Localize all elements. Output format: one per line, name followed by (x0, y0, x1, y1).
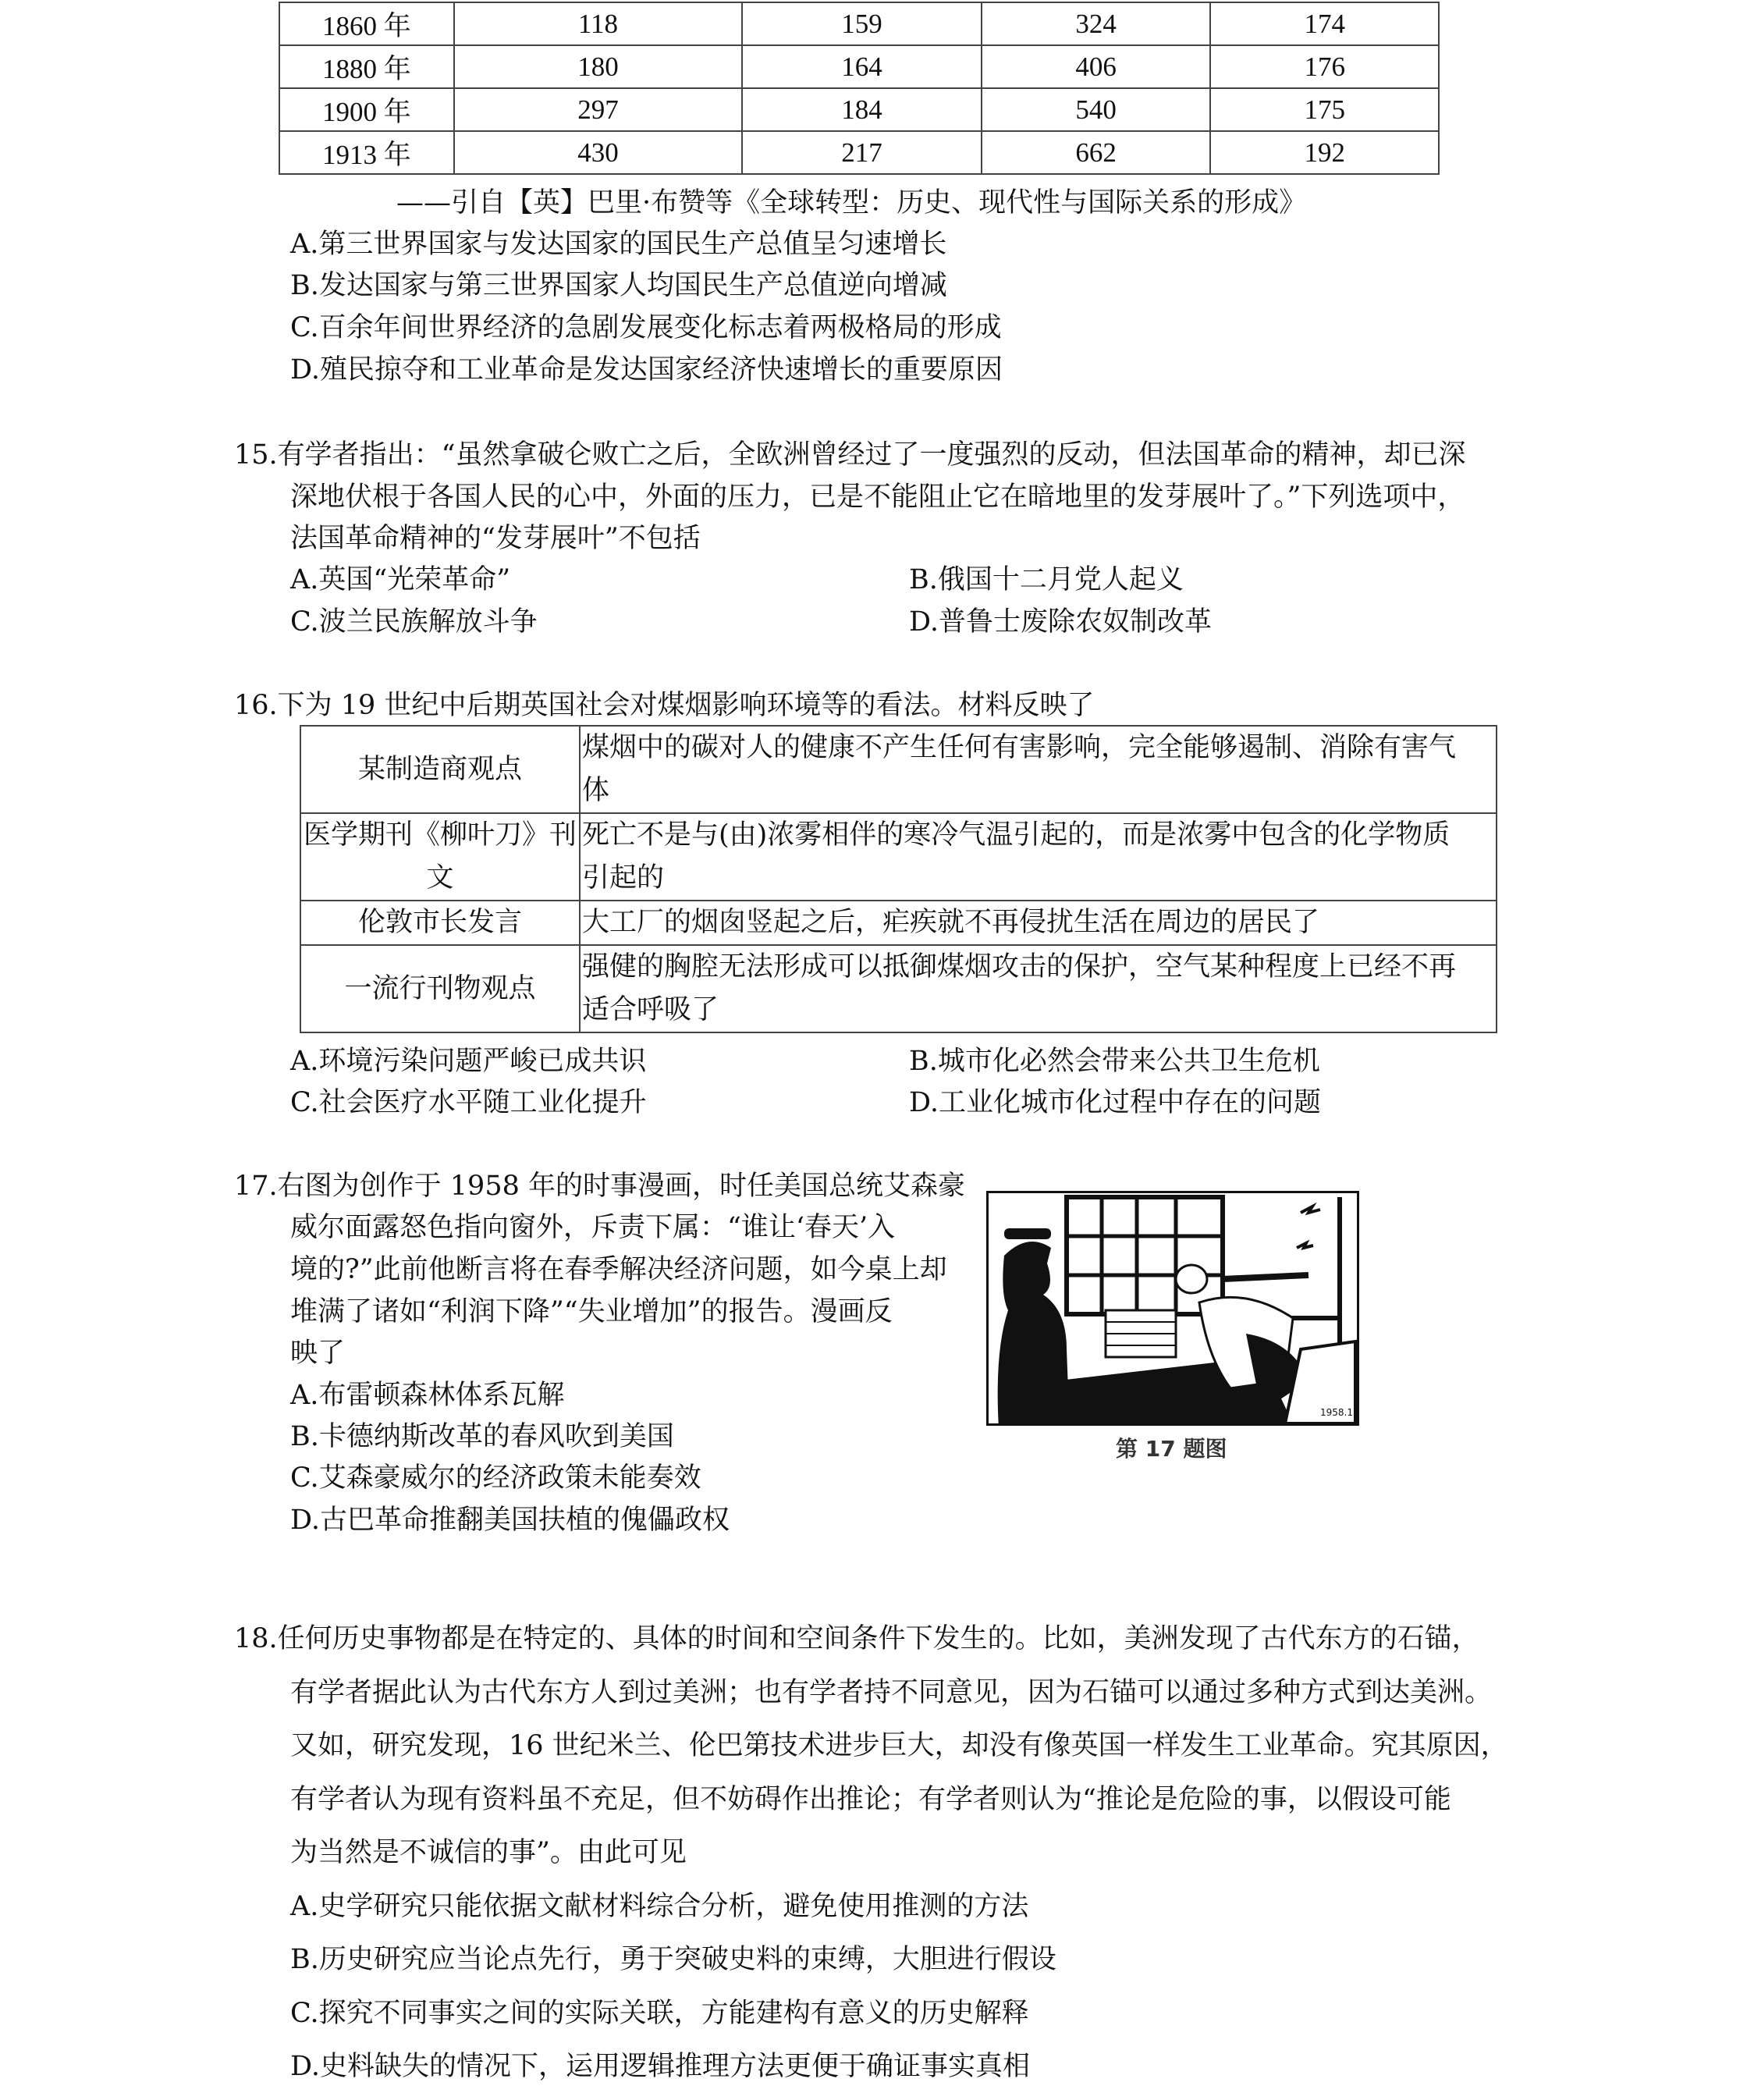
opinion-text: 煤烟中的碳对人的健康不产生任何有害影响，完全能够遏制、消除有害气 (582, 732, 1456, 763)
question-17-stem: 堆满了诸如“利润下降”“失业增加”的报告。漫画反 (290, 1296, 893, 1327)
table-source-citation: ——引自【英】巴里·布赞等《全球转型：历史、现代性与国际关系的形成》 (396, 187, 1306, 219)
option-a: A.史学研究只能依据文献材料综合分析，避免使用推测的方法 (290, 1891, 1028, 1922)
option-d: D.殖民掠夺和工业革命是发达国家经济快速增长的重要原因 (290, 354, 1003, 386)
political-cartoon-illustration: 1958.11 (989, 1193, 1357, 1423)
table-row: 医学期刊《柳叶刀》刊文 死亡不是与(由)浓雾相伴的寒冷气温引起的，而是浓雾中包含… (300, 813, 1497, 901)
table-row: 1860 年 118 159 324 174 (279, 2, 1439, 45)
table-cell: 大工厂的烟囱竖起之后，疟疾就不再侵扰生活在周边的居民了 (580, 901, 1497, 945)
option-b: B.发达国家与第三世界国家人均国民生产总值逆向增减 (290, 270, 947, 301)
table-cell: 175 (1210, 88, 1439, 131)
table-row: 1880 年 180 164 406 176 (279, 45, 1439, 88)
table-cell: 297 (454, 88, 742, 131)
option-c: C.探究不同事实之间的实际关联，方能建构有意义的历史解释 (290, 1998, 1029, 2029)
table-cell: 1900 年 (279, 88, 454, 131)
option-a: A.第三世界国家与发达国家的国民生产总值呈匀速增长 (290, 229, 946, 260)
table-row: 1900 年 297 184 540 175 (279, 88, 1439, 131)
option-d: D.工业化城市化过程中存在的问题 (909, 1087, 1321, 1118)
table-cell: 某制造商观点 (300, 726, 580, 813)
gdp-table: 1860 年 118 159 324 174 1880 年 180 164 40… (279, 2, 1440, 175)
question-15-stem: 法国革命精神的“发芽展叶”不包括 (290, 523, 701, 554)
option-b: B.俄国十二月党人起义 (909, 564, 1184, 595)
option-a: A.英国“光荣革命” (290, 564, 510, 595)
opinion-source: 一流行刊物观点 (344, 973, 535, 1004)
table-cell: 159 (742, 2, 982, 45)
question-18-stem: 为当然是不诚信的事”。由此可见 (290, 1837, 687, 1868)
option-b: B.城市化必然会带来公共卫生危机 (909, 1046, 1320, 1077)
opinion-text: 大工厂的烟囱竖起之后，疟疾就不再侵扰生活在周边的居民了 (582, 907, 1319, 938)
table-cell: 430 (454, 131, 742, 174)
figure-caption: 第 17 题图 (1116, 1432, 1227, 1463)
question-18-stem: 又如，研究发现，16 世纪米兰、伦巴第技术进步巨大，却没有像英国一样发生工业革命… (290, 1730, 1508, 1761)
opinion-text: 引起的 (582, 862, 664, 894)
table-cell: 180 (454, 45, 742, 88)
option-c: C.社会医疗水平随工业化提升 (290, 1087, 647, 1118)
table-cell: 540 (982, 88, 1211, 131)
table-row: 伦敦市长发言 大工厂的烟囱竖起之后，疟疾就不再侵扰生活在周边的居民了 (300, 901, 1497, 945)
option-c: C.波兰民族解放斗争 (290, 606, 538, 638)
question-18-stem: 有学者认为现有资料虽不充足，但不妨碍作出推论；有学者则认为“推论是危险的事，以假… (290, 1784, 1451, 1815)
table-row: 某制造商观点 煤烟中的碳对人的健康不产生任何有害影响，完全能够遏制、消除有害气体 (300, 726, 1497, 813)
table-cell: 强健的胸腔无法形成可以抵御煤烟攻击的保护，空气某种程度上已经不再适合呼吸了 (580, 945, 1497, 1032)
opinion-source: 医学期刊《柳叶刀》刊 (304, 819, 577, 851)
opinion-text: 强健的胸腔无法形成可以抵御煤烟攻击的保护，空气某种程度上已经不再 (582, 951, 1456, 982)
table-cell: 1880 年 (279, 45, 454, 88)
table-cell: 176 (1210, 45, 1439, 88)
table-cell: 1913 年 (279, 131, 454, 174)
option-d: D.古巴革命推翻美国扶植的傀儡政权 (290, 1505, 730, 1536)
table-cell: 164 (742, 45, 982, 88)
option-b: B.卡德纳斯改革的春风吹到美国 (290, 1421, 674, 1452)
opinion-source: 文 (426, 862, 453, 894)
table-cell: 医学期刊《柳叶刀》刊文 (300, 813, 580, 901)
option-b: B.历史研究应当论点先行，勇于突破史料的束缚，大胆进行假设 (290, 1944, 1056, 1975)
option-d: D.史料缺失的情况下，运用逻辑推理方法更便于确证事实真相 (290, 2051, 1030, 2082)
question-18-stem: 有学者据此认为古代东方人到过美洲；也有学者持不同意见，因为石锚可以通过多种方式到… (290, 1677, 1492, 1708)
table-cell: 324 (982, 2, 1211, 45)
option-a: A.布雷顿森林体系瓦解 (290, 1380, 564, 1411)
opinion-source: 伦敦市长发言 (358, 907, 522, 938)
opinion-text: 适合呼吸了 (582, 994, 719, 1025)
cartoon-signature: 1958.11 (1320, 1407, 1357, 1418)
opinions-table: 某制造商观点 煤烟中的碳对人的健康不产生任何有害影响，完全能够遏制、消除有害气体… (300, 725, 1497, 1033)
option-a: A.环境污染问题严峻已成共识 (290, 1046, 646, 1077)
table-cell: 一流行刊物观点 (300, 945, 580, 1032)
table-cell: 伦敦市长发言 (300, 901, 580, 945)
table-cell: 煤烟中的碳对人的健康不产生任何有害影响，完全能够遏制、消除有害气体 (580, 726, 1497, 813)
table-cell: 217 (742, 131, 982, 174)
question-15-stem: 深地伏根于各国人民的心中，外面的压力，已是不能阻止它在暗地里的发芽展叶了。”下列… (290, 481, 1465, 513)
opinion-text: 体 (582, 775, 609, 806)
opinion-source: 某制造商观点 (358, 754, 522, 785)
question-18-stem: 18.任何历史事物都是在特定的、具体的时间和空间条件下发生的。比如，美洲发现了古… (234, 1623, 1479, 1654)
opinion-text: 死亡不是与(由)浓雾相伴的寒冷气温引起的，而是浓雾中包含的化学物质 (582, 819, 1450, 851)
table-cell: 192 (1210, 131, 1439, 174)
option-d: D.普鲁士废除农奴制改革 (909, 606, 1212, 638)
table-cell: 662 (982, 131, 1211, 174)
question-15-stem: 15.有学者指出：“虽然拿破仑败亡之后，全欧洲曾经过了一度强烈的反动，但法国革命… (234, 439, 1466, 471)
cartoon-figure: 1958.11 (986, 1191, 1359, 1426)
table-cell: 184 (742, 88, 982, 131)
question-17-stem: 17.右图为创作于 1958 年的时事漫画，时任美国总统艾森豪 (234, 1171, 965, 1202)
table-row: 1913 年 430 217 662 192 (279, 131, 1439, 174)
table-cell: 死亡不是与(由)浓雾相伴的寒冷气温引起的，而是浓雾中包含的化学物质引起的 (580, 813, 1497, 901)
option-c: C.百余年间世界经济的急剧发展变化标志着两极格局的形成 (290, 312, 1002, 343)
table-cell: 174 (1210, 2, 1439, 45)
question-17-stem: 境的?”此前他断言将在春季解决经济问题，如今桌上却 (290, 1254, 947, 1285)
option-c: C.艾森豪威尔的经济政策未能奏效 (290, 1462, 701, 1494)
table-row: 一流行刊物观点 强健的胸腔无法形成可以抵御煤烟攻击的保护，空气某种程度上已经不再… (300, 945, 1497, 1032)
table-cell: 118 (454, 2, 742, 45)
table-cell: 406 (982, 45, 1211, 88)
table-cell: 1860 年 (279, 2, 454, 45)
question-17-stem: 映了 (290, 1338, 345, 1369)
question-16-stem: 16.下为 19 世纪中后期英国社会对煤烟影响环境等的看法。材料反映了 (234, 690, 1094, 721)
question-17-stem: 威尔面露怒色指向窗外，斥责下属：“谁让‘春天’入 (290, 1212, 895, 1243)
